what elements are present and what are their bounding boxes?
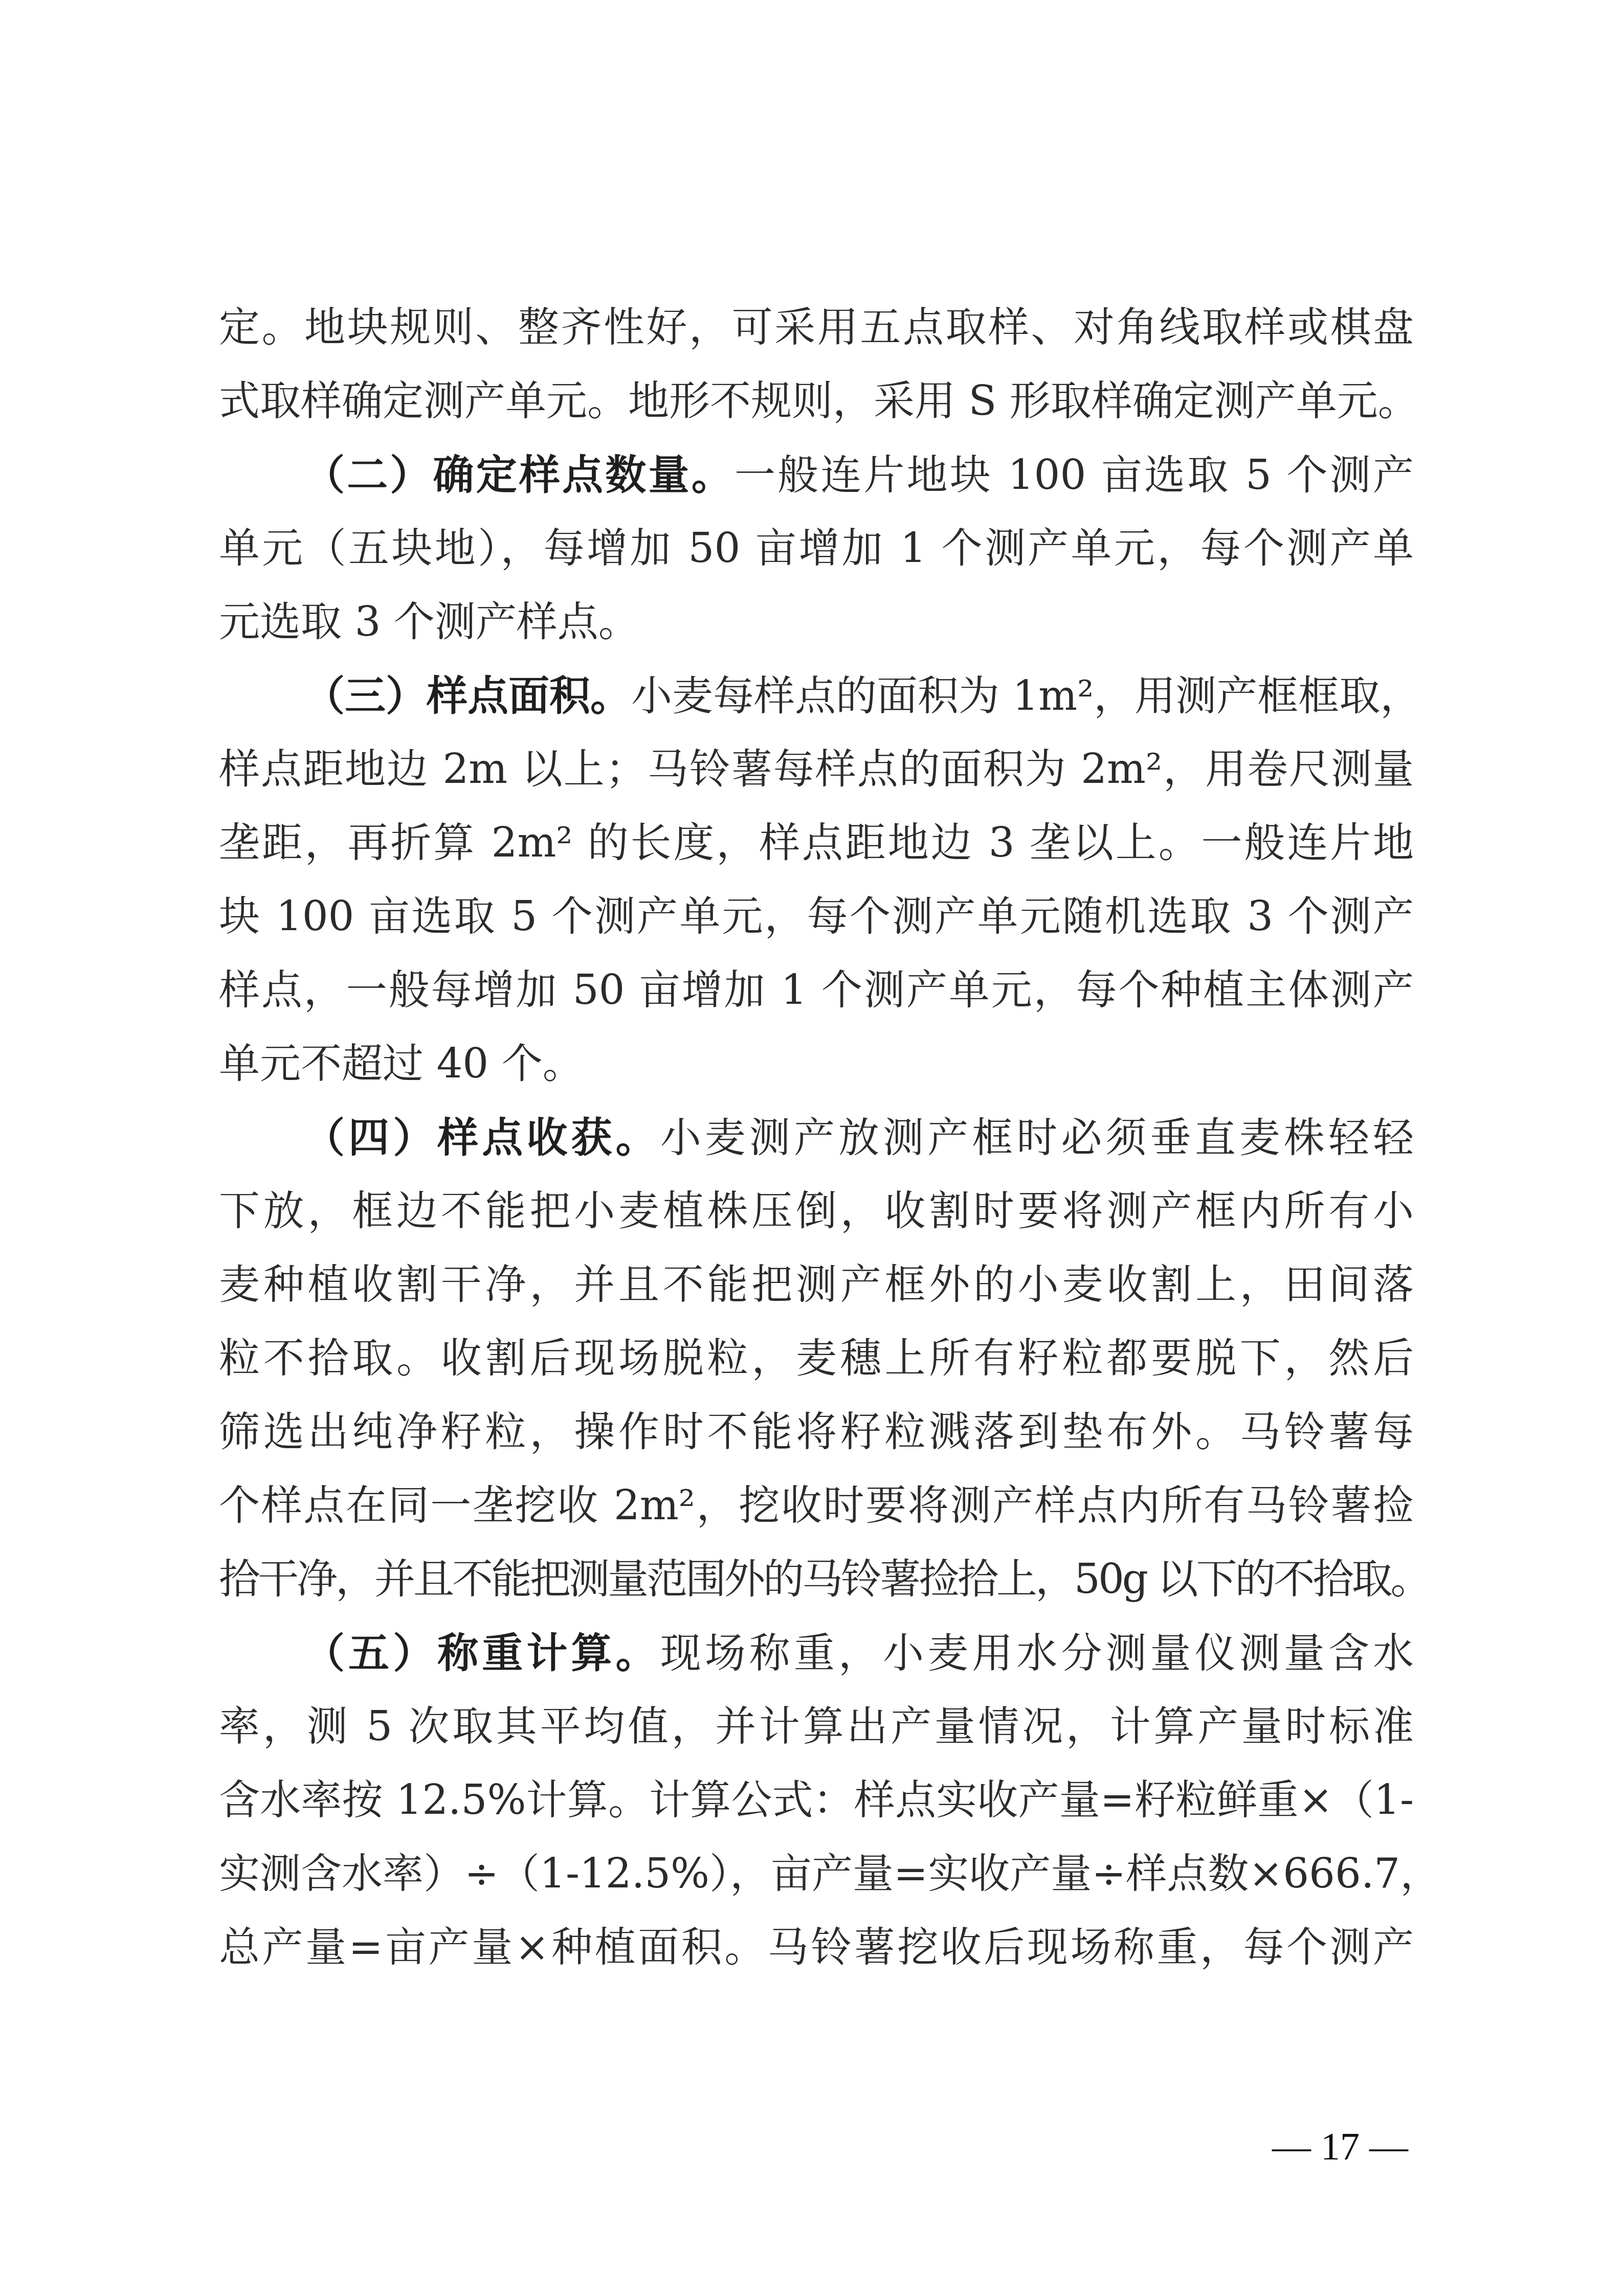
- section-heading: （五）称重计算。: [304, 1629, 660, 1677]
- text-line: 单元（五块地），每增加 50 亩增加 1 个测产单元，每个测产单: [219, 511, 1414, 585]
- text-line: 单元不超过 40 个。: [219, 1027, 1414, 1100]
- text-line: 个样点在同一垄挖收 2m²，挖收时要将测产样点内所有马铃薯捡: [219, 1469, 1414, 1542]
- text-line: 麦种植收割干净，并且不能把测产框外的小麦收割上，田间落: [219, 1248, 1414, 1321]
- document-page: 定。地块规则、整齐性好，可采用五点取样、对角线取样或棋盘 式取样确定测产单元。地…: [0, 0, 1624, 2296]
- section-3-first-line: （三）样点面积。小麦每样点的面积为 1m²，用测产框框取，: [219, 659, 1414, 732]
- text-line: 样点，一般每增加 50 亩增加 1 个测产单元，每个种植主体测产: [219, 953, 1414, 1027]
- text-run: 现场称重，小麦用水分测量仪测量含水: [660, 1629, 1414, 1677]
- text-line: 率，测 5 次取其平均值，并计算出产量情况，计算产量时标准: [219, 1690, 1414, 1763]
- text-run: 小麦测产放测产框时必须垂直麦株轻轻: [660, 1114, 1414, 1161]
- text-line: 拾干净，并且不能把测量范围外的马铃薯捡拾上，50g 以下的不拾取。: [219, 1542, 1414, 1616]
- text-run: 一般连片地块 100 亩选取 5 个测产: [735, 451, 1414, 499]
- section-heading: （四）样点收获。: [304, 1113, 660, 1161]
- text-line: 下放，框边不能把小麦植株压倒，收割时要将测产框内所有小: [219, 1174, 1414, 1248]
- section-5-first-line: （五）称重计算。现场称重，小麦用水分测量仪测量含水: [219, 1616, 1414, 1690]
- text-line: 元选取 3 个测产样点。: [219, 585, 1414, 659]
- text-line: 筛选出纯净籽粒，操作时不能将籽粒溅落到垫布外。马铃薯每: [219, 1395, 1414, 1469]
- section-4-first-line: （四）样点收获。小麦测产放测产框时必须垂直麦株轻轻: [219, 1100, 1414, 1174]
- text-line: 块 100 亩选取 5 个测产单元，每个测产单元随机选取 3 个测产: [219, 880, 1414, 953]
- body-text: 定。地块规则、整齐性好，可采用五点取样、对角线取样或棋盘 式取样确定测产单元。地…: [219, 290, 1414, 1984]
- text-line: 定。地块规则、整齐性好，可采用五点取样、对角线取样或棋盘: [219, 290, 1414, 364]
- section-heading: （二）确定样点数量。: [304, 451, 735, 499]
- text-run: 小麦每样点的面积为 1m²，用测产框框取，: [631, 672, 1421, 719]
- text-line: 垄距，再折算 2m² 的长度，样点距地边 3 垄以上。一般连片地: [219, 806, 1414, 880]
- section-heading: （三）样点面积。: [304, 671, 631, 719]
- text-line: 粒不拾取。收割后现场脱粒，麦穗上所有籽粒都要脱下，然后: [219, 1321, 1414, 1395]
- text-line: 样点距地边 2m 以上；马铃薯每样点的面积为 2m²，用卷尺测量: [219, 732, 1414, 806]
- text-line: 式取样确定测产单元。地形不规则，采用 S 形取样确定测产单元。: [219, 364, 1414, 438]
- page-number: — 17 —: [1258, 2121, 1422, 2172]
- text-line: 总产量=亩产量×种植面积。马铃薯挖收后现场称重，每个测产: [219, 1910, 1414, 1984]
- text-line: 实测含水率）÷（1-12.5%），亩产量=实收产量÷样点数×666.7，: [219, 1837, 1414, 1910]
- text-line: 含水率按 12.5%计算。计算公式：样点实收产量=籽粒鲜重×（1-: [219, 1763, 1414, 1837]
- section-2-first-line: （二）确定样点数量。一般连片地块 100 亩选取 5 个测产: [219, 438, 1414, 511]
